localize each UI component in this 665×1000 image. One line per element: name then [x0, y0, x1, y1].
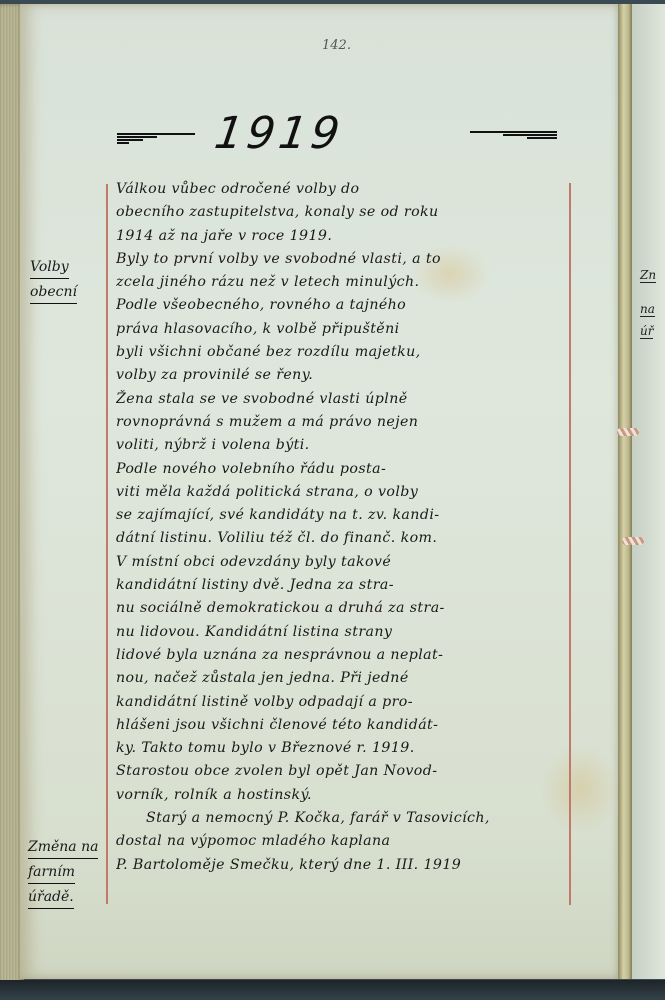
text-line: volby za provinilé se řeny.	[116, 364, 564, 387]
text-line: Podle všeobecného, rovného a tajného	[116, 294, 564, 317]
text-line: zcela jiného rázu než v letech minulých.	[116, 271, 564, 294]
text-line: dátní listinu. Voliliu též čl. do finanč…	[116, 527, 564, 550]
margin-note-parish-change: Změna na farním úřadě.	[28, 836, 98, 911]
text-line: byli všichni občané bez rozdílu majetku,	[116, 341, 564, 364]
text-line: P. Bartoloměje Smečku, který dne 1. III.…	[116, 854, 564, 877]
text-line: voliti, nýbrž i volena býti.	[116, 434, 564, 457]
text-line: ky. Takto tomu bylo v Březnové r. 1919.	[116, 737, 564, 760]
table-surface	[0, 980, 665, 1000]
text-line: kandidátní listině volby odpadají a pro-	[116, 691, 564, 714]
binding-thread-top	[617, 428, 639, 436]
text-line: Starostou obce zvolen byl opět Jan Novod…	[116, 760, 564, 783]
text-line: nou, načež zůstala jen jedna. Při jedné	[116, 667, 564, 690]
facing-page-fragment: úř	[640, 324, 653, 339]
margin-note-line: Změna na	[28, 836, 98, 859]
text-line: vorník, rolník a hostinský.	[116, 784, 564, 807]
margin-note-line: Volby	[30, 256, 69, 279]
chronicle-entry-text: Válkou vůbec odročené volby do obecního …	[116, 178, 564, 877]
text-line: Starý a nemocný P. Kočka, farář v Tasovi…	[116, 807, 564, 830]
text-line: obecního zastupitelstva, konaly se od ro…	[116, 201, 564, 224]
binding-thread-bottom	[622, 537, 644, 545]
text-line: rovnoprávná s mužem a má právo nejen	[116, 411, 564, 434]
text-line: práva hlasovacího, k volbě připuštěni	[116, 318, 564, 341]
facing-page-fragment: na	[640, 302, 655, 317]
text-line: Válkou vůbec odročené volby do	[116, 178, 564, 201]
left-margin-rule	[106, 184, 108, 904]
text-line: nu lidovou. Kandidátní listina strany	[116, 621, 564, 644]
text-line: viti měla každá politická strana, o volb…	[116, 481, 564, 504]
margin-note-elections: Volby obecní	[30, 256, 77, 306]
right-margin-rule	[569, 183, 571, 905]
text-line: hlášeni jsou všichni členové této kandid…	[116, 714, 564, 737]
margin-note-line: farním	[28, 861, 75, 884]
text-line: nu sociálně demokratickou a druhá za str…	[116, 597, 564, 620]
text-line: lidové byla uznána za nesprávnou a nepla…	[116, 644, 564, 667]
text-line: kandidátní listiny dvě. Jedna za stra-	[116, 574, 564, 597]
text-line: Byly to první volby ve svobodné vlasti, …	[116, 248, 564, 271]
text-line: 1914 až na jaře v roce 1919.	[116, 225, 564, 248]
text-line: dostal na výpomoc mladého kaplana	[116, 830, 564, 853]
text-line: Podle nového volebního řádu posta-	[116, 458, 564, 481]
facing-page-edge	[632, 4, 665, 979]
text-line: se zajímající, své kandidáty na t. zv. k…	[116, 504, 564, 527]
heading-rule-left	[117, 133, 195, 145]
page-number: 142.	[322, 38, 351, 53]
margin-note-line: úřadě.	[28, 886, 74, 909]
heading-rule-right	[470, 131, 557, 140]
margin-note-line: obecní	[30, 281, 77, 304]
text-line: Žena stala se ve svobodné vlasti úplně	[116, 388, 564, 411]
year-heading: 1919	[211, 108, 346, 159]
text-line: V místní obci odevzdány byly takové	[116, 551, 564, 574]
book-gutter	[618, 4, 632, 979]
facing-page-fragment: Zn	[640, 268, 656, 283]
